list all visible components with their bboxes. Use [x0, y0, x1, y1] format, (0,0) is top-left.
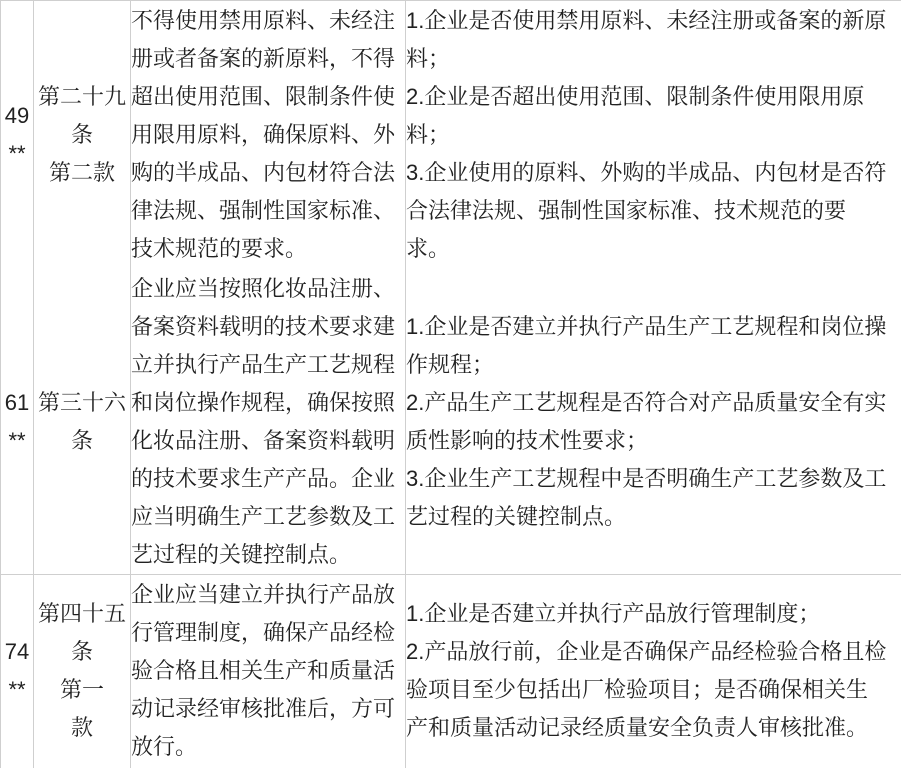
row-number-cell: 49 **: [1, 1, 34, 270]
inspection-checklist-table: 49 ** 第二十九 条 第二款 不得使用禁用原料、未经注 册或者备案的新原料，…: [0, 0, 901, 768]
row-number-cell: 74 **: [1, 574, 34, 768]
inspection-points-cell: 1.企业是否建立并执行产品生产工艺规程和岗位操 作规程； 2.产品生产工艺规程是…: [406, 270, 901, 575]
requirement-cell: 不得使用禁用原料、未经注 册或者备案的新原料，不得 超出使用范围、限制条件使 用…: [131, 1, 406, 270]
table-row: 74 ** 第四十五 条 第一 款 企业应当建立并执行产品放 行管理制度，确保产…: [1, 574, 901, 768]
article-ref-cell: 第三十六 条: [34, 270, 131, 575]
document-page: 49 ** 第二十九 条 第二款 不得使用禁用原料、未经注 册或者备案的新原料，…: [0, 0, 901, 768]
row-number-cell: 61 **: [1, 270, 34, 575]
requirement-cell: 企业应当建立并执行产品放 行管理制度，确保产品经检 验合格且相关生产和质量活 动…: [131, 574, 406, 768]
requirement-cell: 企业应当按照化妆品注册、 备案资料载明的技术要求建 立并执行产品生产工艺规程 和…: [131, 270, 406, 575]
table-row: 61 ** 第三十六 条 企业应当按照化妆品注册、 备案资料载明的技术要求建 立…: [1, 270, 901, 575]
article-ref-cell: 第四十五 条 第一 款: [34, 574, 131, 768]
inspection-points-cell: 1.企业是否使用禁用原料、未经注册或备案的新原 料； 2.企业是否超出使用范围、…: [406, 1, 901, 270]
inspection-points-cell: 1.企业是否建立并执行产品放行管理制度； 2.产品放行前，企业是否确保产品经检验…: [406, 574, 901, 768]
table-row: 49 ** 第二十九 条 第二款 不得使用禁用原料、未经注 册或者备案的新原料，…: [1, 1, 901, 270]
article-ref-cell: 第二十九 条 第二款: [34, 1, 131, 270]
